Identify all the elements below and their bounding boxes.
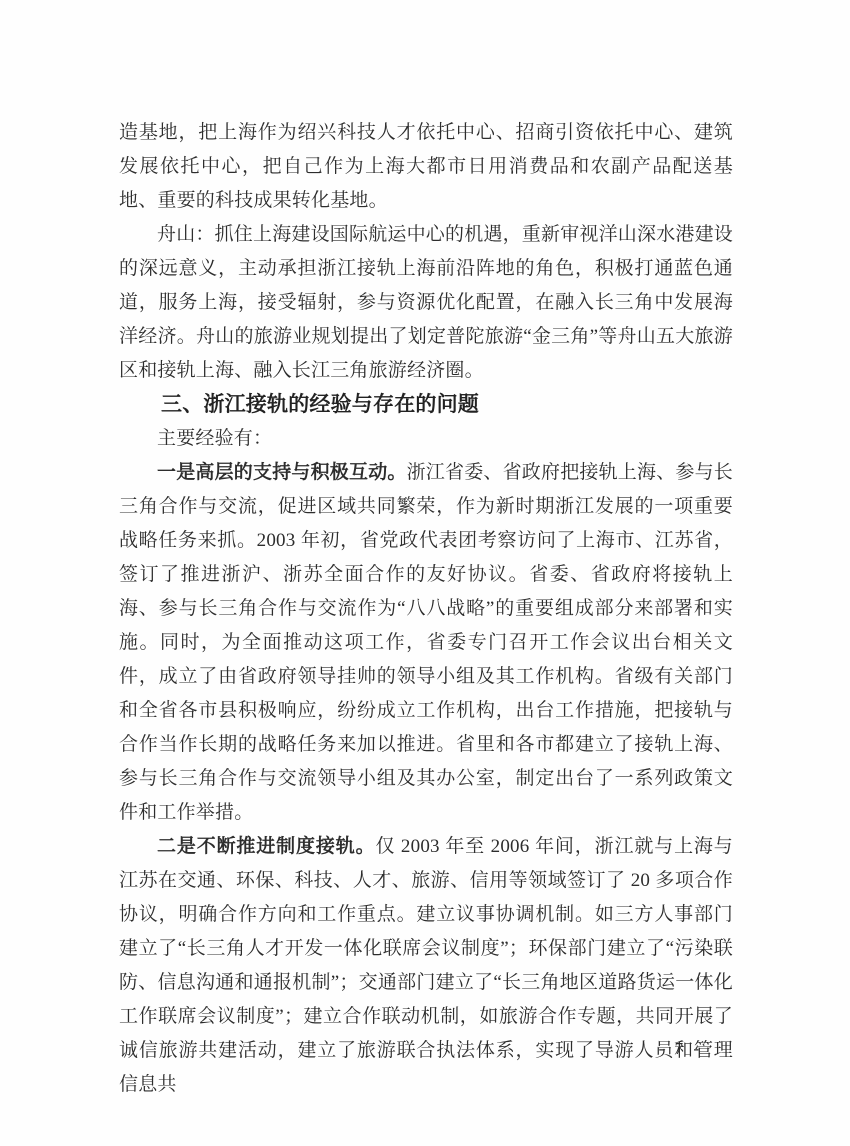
paragraph-bold-lead: 二是不断推进制度接轨。 bbox=[157, 836, 375, 857]
section-heading: 三、浙江接轨的经验与存在的问题 bbox=[119, 388, 733, 422]
paragraph-bold-lead: 一是高层的支持与积极互动。 bbox=[157, 462, 407, 483]
paragraph-text: 仅 2003 年至 2006 年间，浙江就与上海与江苏在交通、环保、科技、人才、… bbox=[119, 836, 733, 1095]
paragraph: 舟山：抓住上海建设国际航运中心的机遇，重新审视洋山深水港建设的深远意义，主动承担… bbox=[119, 218, 733, 388]
paragraph: 造基地，把上海作为绍兴科技人才依托中心、招商引资依托中心、建筑发展依托中心，把自… bbox=[119, 116, 733, 218]
paragraph-text: 主要经验有： bbox=[157, 428, 272, 449]
paragraph: 二是不断推进制度接轨。仅 2003 年至 2006 年间，浙江就与上海与江苏在交… bbox=[119, 830, 733, 1102]
paragraph: 主要经验有： bbox=[119, 422, 733, 456]
paragraph-text: 舟山：抓住上海建设国际航运中心的机遇，重新审视洋山深水港建设的深远意义，主动承担… bbox=[119, 224, 733, 381]
document-text-block: 造基地，把上海作为绍兴科技人才依托中心、招商引资依托中心、建筑发展依托中心，把自… bbox=[119, 116, 733, 1102]
page-number: - 7 - bbox=[659, 1038, 702, 1060]
document-page: 造基地，把上海作为绍兴科技人才依托中心、招商引资依托中心、建筑发展依托中心，把自… bbox=[0, 0, 850, 1146]
paragraph: 一是高层的支持与积极互动。浙江省委、省政府把接轨上海、参与长三角合作与交流，促进… bbox=[119, 456, 733, 830]
paragraph-text: 浙江省委、省政府把接轨上海、参与长三角合作与交流，促进区域共同繁荣，作为新时期浙… bbox=[119, 462, 733, 823]
paragraph-text: 造基地，把上海作为绍兴科技人才依托中心、招商引资依托中心、建筑发展依托中心，把自… bbox=[119, 122, 733, 211]
